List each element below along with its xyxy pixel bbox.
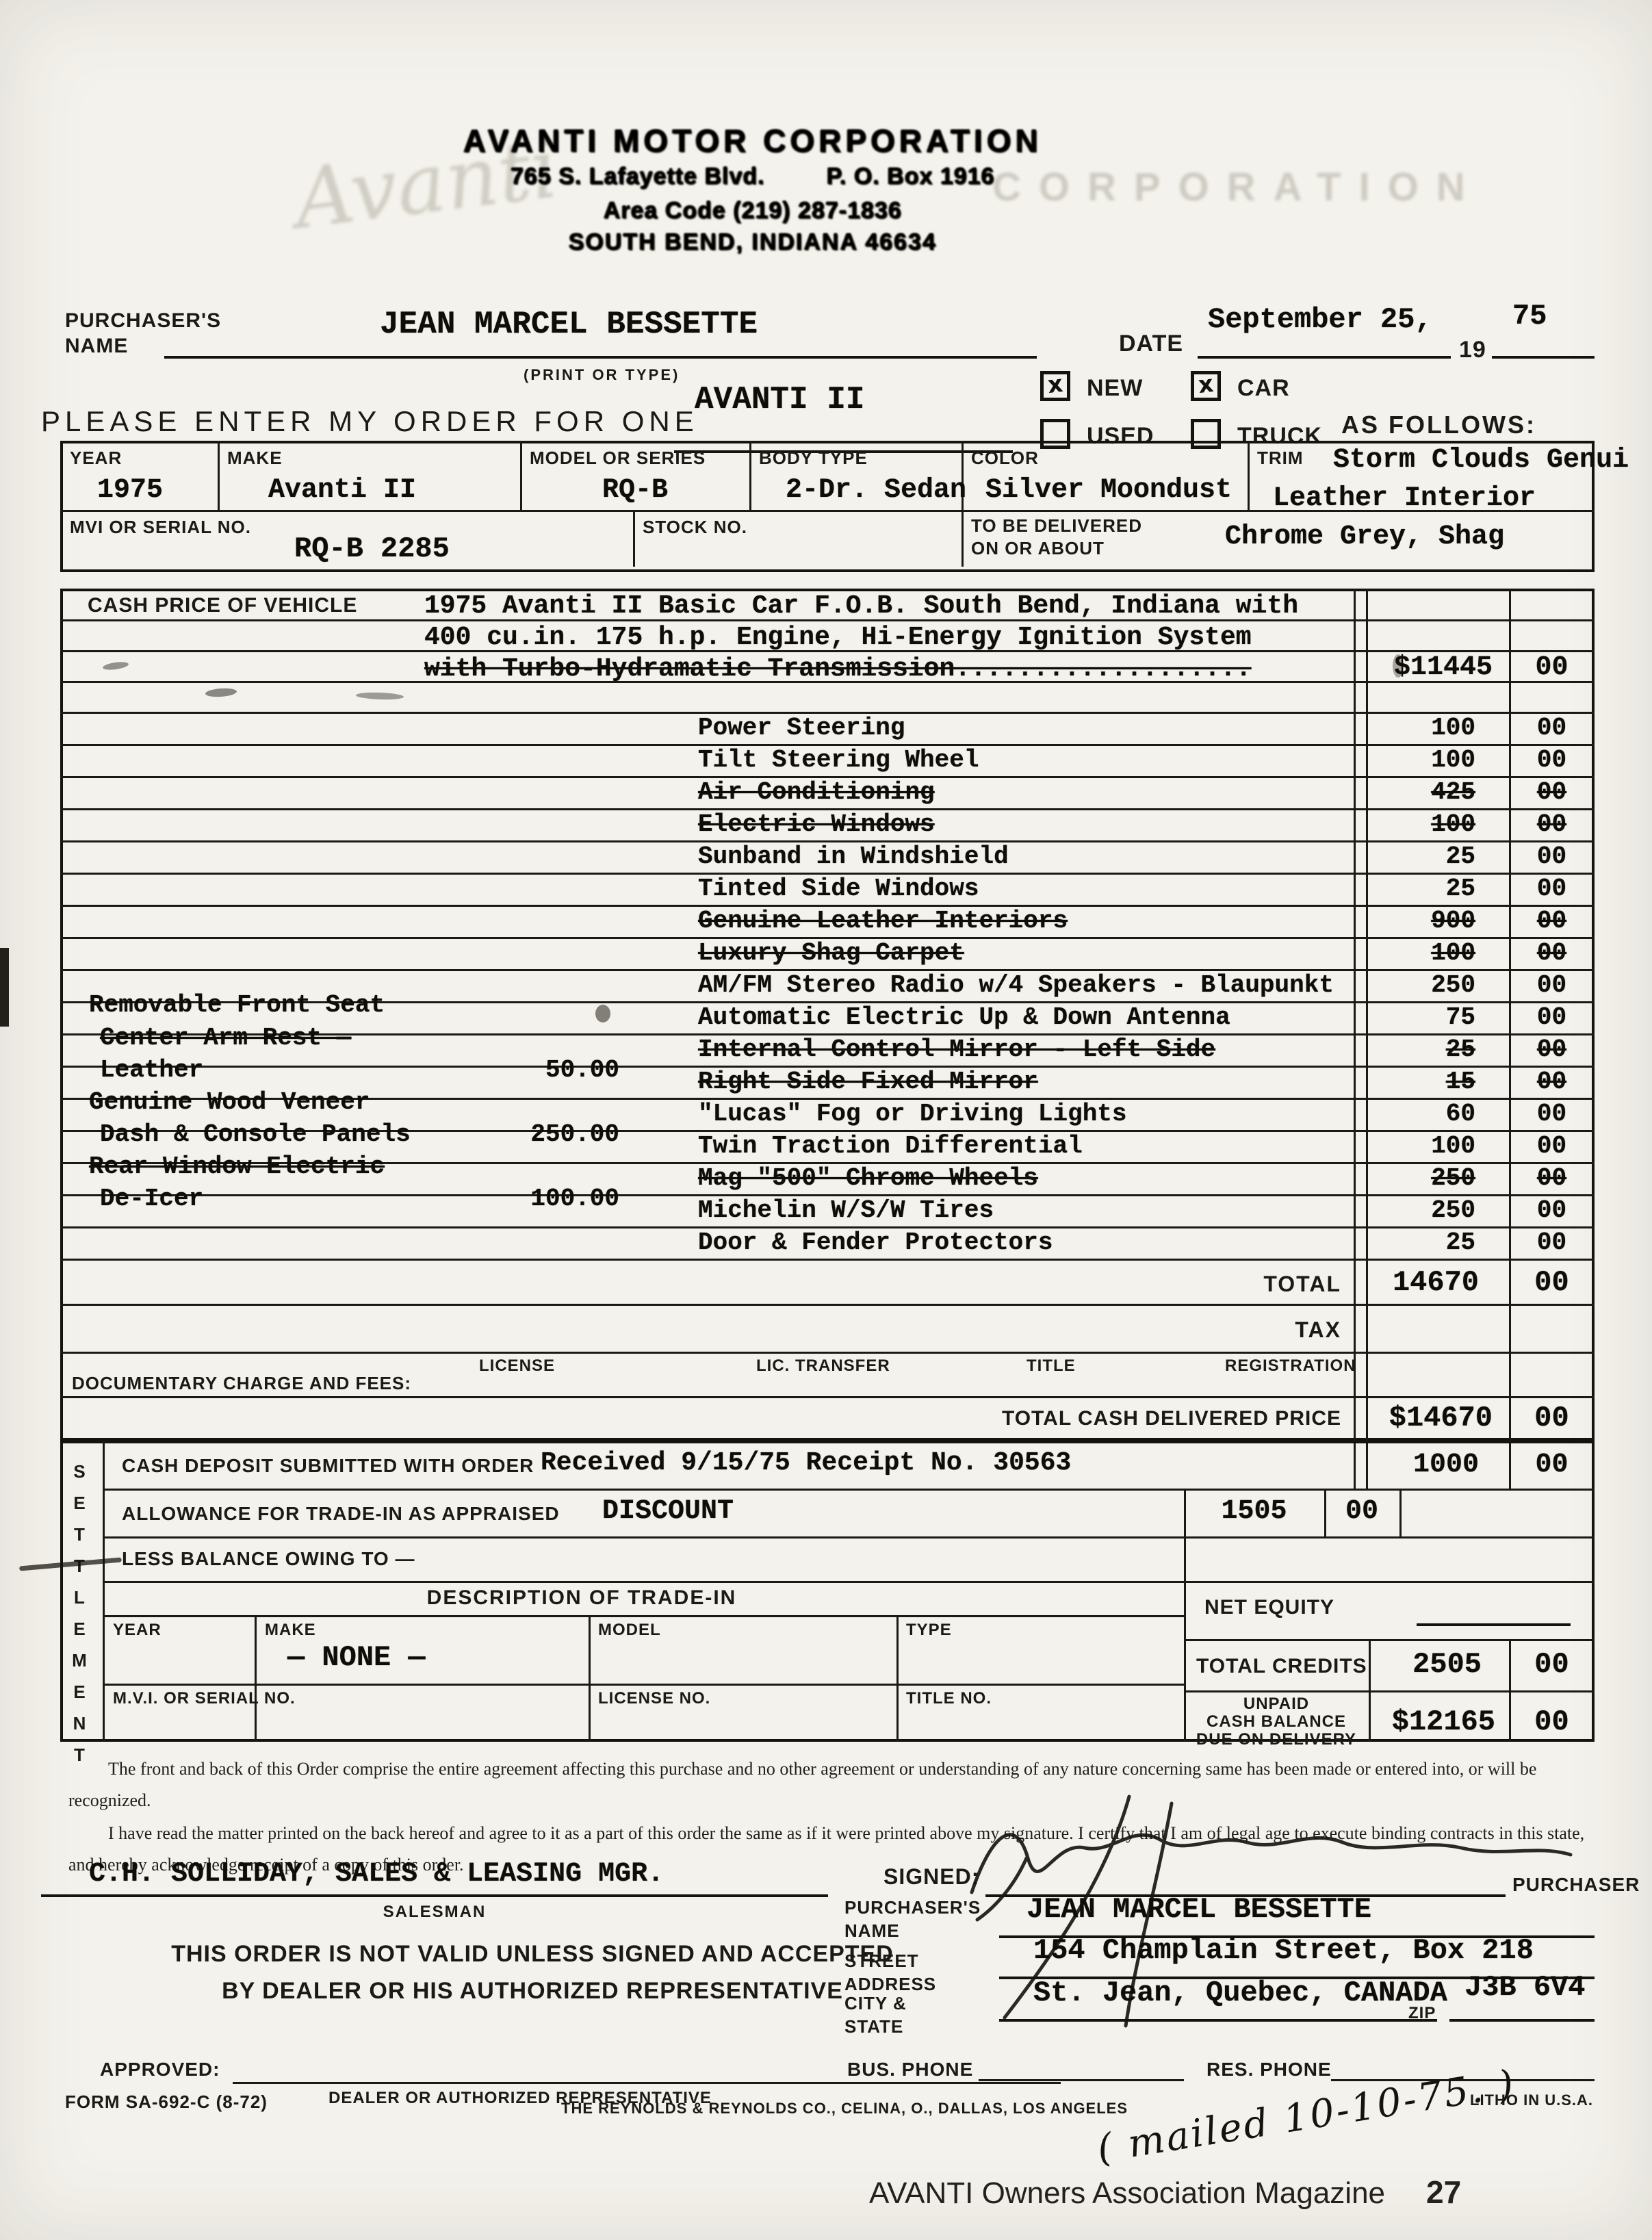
option-cents: 00 (1509, 939, 1595, 967)
net-equity-label: NET EQUITY (1204, 1596, 1334, 1619)
rule (60, 969, 1595, 971)
tradein-type-label: TYPE (906, 1621, 952, 1640)
purchaser-name-label-2: NAME (844, 1920, 900, 1942)
delivered-cents: 00 (1509, 1402, 1595, 1434)
rule (60, 1194, 1595, 1196)
deposit-label: CASH DEPOSIT SUBMITTED WITH ORDER (122, 1455, 534, 1477)
tradein-model-label: MODEL (598, 1621, 661, 1640)
unpaid-label-3: DUE ON DELIVERY (1184, 1730, 1369, 1749)
magazine-footer: AVANTI Owners Association Magazine 27 (869, 2174, 1461, 2211)
option-cents: 00 (1509, 842, 1595, 871)
ink-smudge (595, 1005, 610, 1022)
company-phone: Area Code (219) 287-1836 (411, 197, 1095, 224)
option-label: Twin Traction Differential (698, 1132, 1083, 1160)
color-col-label: COLOR (971, 448, 1039, 469)
rule (60, 873, 1595, 875)
magazine-title: AVANTI Owners Association Magazine (869, 2176, 1385, 2211)
cash-price-label: CASH PRICE OF VEHICLE (88, 594, 357, 617)
option-dollars: 100 (1366, 1132, 1475, 1160)
approved-label: APPROVED: (100, 2059, 220, 2081)
rule (60, 776, 1595, 778)
rule (60, 1259, 1595, 1261)
tradein-cents: 00 (1324, 1496, 1399, 1527)
tradein-discount-value: DISCOUNT (602, 1496, 734, 1527)
print-or-type-hint: (PRINT OR TYPE) (524, 366, 680, 384)
option-label: Power Steering (698, 714, 905, 742)
side-note: Removable Front Seat (89, 991, 385, 1019)
vehicle-model: RQ-B (602, 475, 668, 506)
side-note: Rear Window Electric (89, 1153, 385, 1181)
tradein-year-label: YEAR (113, 1621, 162, 1640)
company-address: 765 S. Lafayette Blvd. P. O. Box 1916 (411, 163, 1095, 190)
rule (60, 650, 1595, 652)
new-check-mark: x (1043, 373, 1068, 396)
city-label-2: STATE (844, 2016, 903, 2037)
delivery-trim-value: Chrome Grey, Shag (1225, 522, 1504, 552)
side-note-amount: 100.00 (493, 1185, 619, 1213)
side-note-amount: 250.00 (493, 1120, 619, 1148)
bus-phone-line (979, 2079, 1184, 2081)
option-label: Air Conditioning (698, 778, 935, 806)
tradein-description-header: DESCRIPTION OF TRADE-IN (274, 1586, 890, 1610)
fees-col-registration: REGISTRATION (1225, 1356, 1356, 1376)
delivered-price-label: TOTAL CASH DELIVERED PRICE (944, 1407, 1341, 1430)
salesman-line (41, 1894, 828, 1897)
city-value: St. Jean, Quebec, CANADA (1033, 1977, 1447, 2009)
fees-col-title: TITLE (1027, 1356, 1076, 1376)
option-label: Mag "500" Chrome Wheels (698, 1164, 1038, 1192)
po-box: P. O. Box 1916 (827, 163, 995, 190)
purchaser-name-bottom-value: JEAN MARCEL BESSETTE (1027, 1893, 1371, 1926)
rule (60, 1352, 1595, 1354)
unpaid-cents: 00 (1509, 1705, 1595, 1738)
option-cents: 00 (1509, 1003, 1595, 1031)
credits-cents: 00 (1509, 1648, 1595, 1681)
zip-line (1449, 2019, 1595, 2022)
zip-value: J3B 6V4 (1464, 1971, 1585, 2004)
option-label: Right Side Fixed Mirror (698, 1068, 1038, 1096)
date-label: DATE (1119, 331, 1183, 357)
option-label: Internal Control Mirror - Left Side (698, 1035, 1215, 1064)
rule (60, 840, 1595, 842)
option-dollars: 15 (1366, 1068, 1475, 1096)
deposit-cents: 00 (1509, 1450, 1595, 1480)
option-label: Michelin W/S/W Tires (698, 1196, 994, 1224)
rule (103, 1684, 1186, 1686)
purchaser-name-label-1: PURCHASER'S (844, 1897, 981, 1918)
street-value: 154 Champlain Street, Box 218 (1033, 1934, 1534, 1967)
option-dollars: 250 (1366, 1196, 1475, 1224)
make-col-label: MAKE (227, 448, 283, 469)
tradein-allowance-label: ALLOWANCE FOR TRADE-IN AS APPRAISED (122, 1503, 560, 1525)
option-dollars: 100 (1366, 746, 1475, 774)
base-dollars: $11445 (1366, 652, 1493, 683)
delivery-label-1: TO BE DELIVERED (971, 515, 1142, 537)
option-dollars: 25 (1366, 1035, 1475, 1064)
option-label: Door & Fender Protectors (698, 1228, 1053, 1257)
option-cents: 00 (1509, 1035, 1595, 1064)
divider (1248, 441, 1250, 510)
order-line-text: PLEASE ENTER MY ORDER FOR ONE (41, 405, 699, 438)
option-cents: 00 (1509, 971, 1595, 999)
delivery-label-2: ON OR ABOUT (971, 538, 1105, 559)
option-label: Tinted Side Windows (698, 875, 979, 903)
option-cents: 00 (1509, 1196, 1595, 1224)
vehicle-body: 2-Dr. Sedan (786, 475, 966, 506)
option-label: Sunband in Windshield (698, 842, 1009, 871)
tax-label: TAX (1136, 1317, 1341, 1343)
car-label: CAR (1237, 375, 1290, 402)
option-cents: 00 (1509, 1164, 1595, 1192)
less-balance-label: LESS BALANCE OWING TO — (122, 1548, 415, 1570)
vehicle-trim-line2: Leather Interior (1273, 483, 1536, 514)
vehicle-trim-line1: Storm Clouds Genui (1333, 445, 1629, 476)
option-dollars: 25 (1366, 1228, 1475, 1257)
company-name: AVANTI MOTOR CORPORATION (411, 122, 1095, 159)
company-city: SOUTH BEND, INDIANA 46634 (411, 229, 1095, 255)
fees-col-license: LICENSE (479, 1356, 555, 1376)
option-cents: 00 (1509, 714, 1595, 742)
option-label: Luxury Shag Carpet (698, 939, 964, 967)
year-prefix: 19 (1459, 337, 1486, 363)
option-dollars: 25 (1366, 842, 1475, 871)
purchaser-label-1: PURCHASER'S (65, 309, 221, 333)
option-label: Automatic Electric Up & Down Antenna (698, 1003, 1230, 1031)
order-model-value: AVANTI II (695, 382, 864, 417)
total-credits-label: TOTAL CREDITS (1196, 1655, 1367, 1678)
new-checkbox: x (1040, 371, 1070, 401)
magazine-page-number: 27 (1426, 2174, 1461, 2211)
base-line-3: with Turbo-Hydramatic Transmission......… (424, 654, 1252, 684)
trim-col-label: TRIM (1257, 448, 1304, 469)
deposit-dollars: 1000 (1366, 1450, 1479, 1480)
option-cents: 00 (1509, 1132, 1595, 1160)
res-phone-label: RES. PHONE (1206, 2059, 1332, 2081)
option-cents: 00 (1509, 1228, 1595, 1257)
model-col-label: MODEL OR SERIES (530, 448, 706, 469)
option-cents: 00 (1509, 746, 1595, 774)
fees-label: DOCUMENTARY CHARGE AND FEES: (72, 1373, 411, 1394)
option-dollars: 900 (1366, 907, 1475, 935)
rule (60, 937, 1595, 939)
bus-phone-label: BUS. PHONE (847, 2059, 973, 2081)
scan-artifact (0, 948, 9, 1027)
base-line-2: 400 cu.in. 175 h.p. Engine, Hi-Energy Ig… (424, 623, 1252, 652)
option-cents: 00 (1509, 907, 1595, 935)
divider (749, 441, 751, 510)
zip-label: ZIP (1408, 2004, 1436, 2023)
fees-col-transfer: LIC. TRANSFER (756, 1356, 890, 1376)
form-number: FORM SA-692-C (8-72) (65, 2091, 268, 2113)
net-equity-line (1417, 1623, 1571, 1626)
vehicle-make: Avanti II (268, 475, 416, 506)
option-label: AM/FM Stereo Radio w/4 Speakers - Blaupu… (698, 971, 1334, 999)
option-dollars: 100 (1366, 714, 1475, 742)
truck-check-mark (1194, 421, 1217, 424)
rule (60, 681, 1595, 683)
credits-dollars: 2505 (1369, 1648, 1482, 1681)
tradein-license-label: LICENSE NO. (598, 1689, 710, 1708)
rule (1184, 1639, 1595, 1641)
year-value: 75 (1512, 300, 1547, 333)
rule (103, 1581, 1595, 1583)
option-dollars: 250 (1366, 971, 1475, 999)
date-value: September 25, (1208, 303, 1432, 336)
divider (255, 1615, 257, 1742)
vehicle-year: 1975 (97, 475, 163, 506)
purchaser-name-value: JEAN MARCEL BESSETTE (380, 307, 758, 342)
vehicle-color: Silver Moondust (985, 475, 1232, 506)
option-cents: 00 (1509, 875, 1595, 903)
option-cents: 00 (1509, 1068, 1595, 1096)
total-label: TOTAL (1136, 1272, 1341, 1297)
divider (103, 1441, 105, 1742)
unpaid-label-2: CASH BALANCE (1184, 1712, 1369, 1732)
side-note: Genuine Wood Veneer (89, 1088, 370, 1116)
deposit-value: Received 9/15/75 Receipt No. 30563 (541, 1448, 1071, 1478)
unpaid-label-1: UNPAID (1184, 1695, 1369, 1714)
base-line-1: 1975 Avanti II Basic Car F.O.B. South Be… (424, 591, 1298, 621)
option-cents: 00 (1509, 778, 1595, 806)
option-label: Genuine Leather Interiors (698, 907, 1068, 935)
year-col-label: YEAR (70, 448, 122, 469)
date-line (1198, 356, 1451, 359)
salesman-value: C.H. SOLLIDAY, SALES & LEASING MGR. (89, 1859, 664, 1890)
street-line: 765 S. Lafayette Blvd. (511, 163, 765, 190)
option-dollars: 425 (1366, 778, 1475, 806)
rule (103, 1536, 1595, 1539)
approved-line (233, 2082, 1061, 2084)
divider (218, 441, 220, 510)
purchaser-name-line (164, 356, 1037, 359)
serial-value: RQ-B 2285 (294, 532, 450, 565)
divider (896, 1615, 899, 1742)
base-cents: 00 (1509, 652, 1595, 683)
side-note: Dash & Console Panels (100, 1120, 411, 1148)
rule (60, 744, 1595, 746)
delivered-dollars: $14670 (1366, 1402, 1493, 1434)
divider (633, 510, 635, 567)
side-note: De-Icer (100, 1185, 203, 1213)
rule (60, 1304, 1595, 1306)
tradein-title-label: TITLE NO. (906, 1689, 992, 1708)
option-label: "Lucas" Fog or Driving Lights (698, 1100, 1127, 1128)
rule (103, 1489, 1595, 1491)
divider (1399, 1489, 1402, 1536)
divider (520, 441, 522, 510)
tradein-serial-label: M.V.I. OR SERIAL NO. (113, 1689, 296, 1708)
divider (589, 1615, 591, 1742)
year-line (1492, 356, 1595, 359)
option-dollars: 75 (1366, 1003, 1475, 1031)
option-dollars: 25 (1366, 875, 1475, 903)
side-note-amount: 50.00 (493, 1056, 619, 1084)
as-follows-label: AS FOLLOWS: (1341, 411, 1536, 439)
option-dollars: 100 (1366, 939, 1475, 967)
stock-label: STOCK NO. (643, 517, 747, 538)
option-label: Tilt Steering Wheel (698, 746, 979, 774)
rule (60, 1396, 1595, 1398)
rule (60, 1226, 1595, 1228)
rule (103, 1615, 1186, 1617)
rule (60, 619, 1595, 621)
ink-smudge (1393, 654, 1404, 678)
option-dollars: 60 (1366, 1100, 1475, 1128)
used-check-mark (1044, 421, 1067, 424)
rule (60, 808, 1595, 810)
not-valid-line-2: BY DEALER OR HIS AUTHORIZED REPRESENTATI… (50, 1978, 1015, 2005)
city-line (999, 2019, 1437, 2022)
serial-label: MVI OR SERIAL NO. (70, 517, 251, 538)
side-note: Leather (100, 1056, 203, 1084)
settlement-vertical-label: SETTLEMENT (68, 1461, 90, 1735)
unpaid-dollars: $12165 (1369, 1705, 1495, 1738)
car-check-mark: x (1193, 373, 1219, 396)
salesman-label: SALESMAN (41, 1903, 828, 1922)
total-cents: 00 (1509, 1266, 1595, 1299)
total-dollars: 14670 (1366, 1266, 1479, 1299)
option-dollars: 100 (1366, 810, 1475, 838)
body-col-label: BODY TYPE (759, 448, 868, 469)
option-label: Electric Windows (698, 810, 935, 838)
side-note: Center Arm Rest — (100, 1024, 351, 1052)
option-cents: 00 (1509, 810, 1595, 838)
scanned-order-form: CORPORATION Avanti AVANTI MOTOR CORPORAT… (0, 0, 1652, 2240)
purchaser-label-2: NAME (65, 335, 128, 358)
option-dollars: 250 (1366, 1164, 1475, 1192)
rule (1184, 1690, 1595, 1692)
printer-credit: THE REYNOLDS & REYNOLDS CO., CELINA, O.,… (561, 2100, 1128, 2117)
car-checkbox: x (1191, 371, 1221, 401)
tradein-dollars: 1505 (1184, 1496, 1324, 1527)
not-valid-line-1: THIS ORDER IS NOT VALID UNLESS SIGNED AN… (50, 1941, 1015, 1968)
tradein-make-label: MAKE (265, 1621, 316, 1640)
rule (60, 905, 1595, 907)
option-cents: 00 (1509, 1100, 1595, 1128)
tradein-none-value: — NONE — (287, 1641, 426, 1674)
rule (60, 1066, 1595, 1068)
new-label: NEW (1087, 375, 1143, 402)
